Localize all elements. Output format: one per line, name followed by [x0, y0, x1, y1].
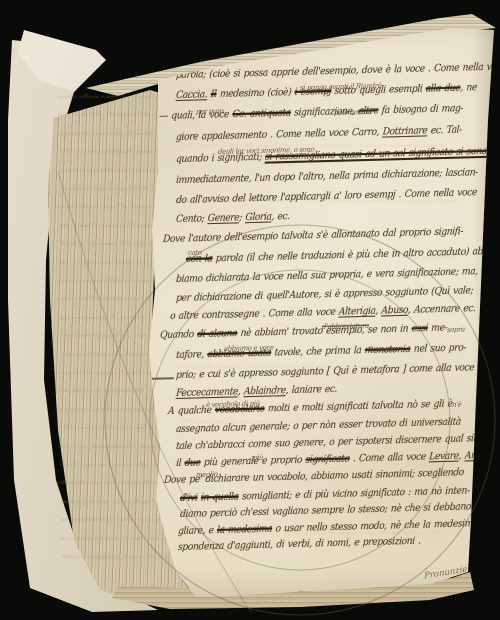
text-segment: due	[184, 457, 201, 468]
text-segment: Quando	[160, 329, 198, 341]
text-segment: , Accennare ec.	[408, 303, 476, 316]
manuscript-line: con la parola (il che nelle traduzioni è…	[186, 246, 486, 265]
text-segment: . Come alla voce	[349, 451, 429, 464]
text-segment: per dichiarazione di quell'Autore, si è …	[176, 285, 474, 304]
text-segment: gliare, e	[178, 525, 218, 537]
manuscript-line: gliare, e la medesima o usar nello stess…	[178, 518, 499, 537]
text-segment: Caccia.	[176, 89, 208, 101]
text-segment: alla due	[425, 83, 460, 95]
interlinear-insertion: sopra	[447, 325, 466, 334]
manuscript-line: tafore, abbiamo usata tavole, che prima …	[176, 342, 467, 361]
text-segment: prio; e cui s'è appresso soggiunto [ Quì…	[176, 362, 475, 381]
text-segment: Gloria	[245, 211, 272, 223]
text-segment: , ec.	[271, 211, 290, 223]
manuscript-line: il due più generale e proprio significat…	[176, 450, 487, 469]
text-segment: in quella	[200, 491, 238, 503]
interlinear-insertion: Dimostra—	[368, 344, 405, 354]
photo-stage: parola; (cioè si possa apprie dell'esemp…	[0, 0, 500, 620]
text-segment: Dottrinare	[382, 125, 428, 137]
text-segment: d'ivi	[180, 493, 198, 504]
manuscript-line: o altre contrassegne . Come alla voce Al…	[170, 303, 476, 322]
manuscript-line: spondenza d'aggiunti, di verbi, di nomi,…	[178, 536, 421, 553]
text-segment: , laniare ec.	[285, 384, 337, 396]
text-segment: molti e molti significati talvolta nò se…	[264, 399, 453, 415]
text-segment: Ablaindre	[244, 385, 287, 397]
manuscript-line: Cento; Genere; Gloria, ec.	[176, 211, 290, 225]
manuscript-line: prio; e cui s'è appresso soggiunto [ Quì…	[176, 362, 475, 381]
text-segment: assegnato alcun generale; o per nòn esse…	[176, 417, 462, 435]
manuscript-line: do all'avviso del lettore l'applicargli …	[176, 187, 478, 206]
text-segment: Anzi	[464, 450, 483, 462]
interlinear-insertion: abbiamo e voce	[224, 343, 275, 353]
text-segment: me-	[427, 322, 447, 334]
text-segment: somiglianti; e di più vicino significato…	[238, 485, 470, 502]
text-segment: o usar nello stesso modo, nè che la mede…	[272, 518, 499, 535]
text-segment: essi	[411, 323, 428, 334]
manuscript-line: tale ch'abbracci come suo genere, o per …	[176, 433, 479, 452]
text-segment: Feccecamente	[176, 386, 239, 399]
text-segment: , ne	[460, 82, 477, 93]
manuscript-line: giore appalesamento . Come nella voce Ca…	[176, 125, 463, 144]
text-segment: la medesima	[217, 524, 273, 536]
manuscript-line: d'ivi in quella somiglianti; e di più vi…	[180, 485, 470, 504]
text-segment: Alterigia	[338, 306, 375, 318]
manuscript-line: assegnato alcun generale; o per nòn esse…	[176, 417, 462, 435]
text-segment: di alcuno	[197, 328, 238, 340]
text-segment: Abuso	[381, 305, 408, 317]
interlinear-insertion: più	[253, 453, 264, 462]
text-segment: fa bisogno di mag-	[378, 103, 464, 116]
interlinear-insertion: cato	[188, 248, 202, 257]
manuscript-line: per dichiarazione di quell'Autore, si è …	[176, 285, 474, 304]
text-segment: .	[483, 450, 486, 461]
text-segment: ec. Tal-	[427, 125, 462, 137]
interlinear-insertion: n'è	[452, 400, 462, 409]
text-segment: Levare	[429, 451, 459, 463]
text-segment: do all'avviso del lettore l'applicargli …	[176, 187, 478, 206]
manuscript-line: diamo perciò ch'essi vagliano sempre lo …	[180, 501, 486, 520]
interlinear-insertion: è vocabolo di più	[206, 399, 261, 409]
text-segment: Co. antiquata	[232, 108, 291, 121]
text-segment: Cento;	[176, 213, 208, 225]
text-segment: nel suo pro-	[410, 342, 466, 354]
interlinear-insertion: per puro	[196, 106, 224, 116]
text-segment: immediatamente, l'un dopo l'altro, nella…	[176, 167, 479, 186]
text-segment: biamo dichiarata la voce nella sua propr…	[176, 266, 479, 285]
text-segment: tafore,	[176, 349, 208, 361]
manuscript-line: Quando di alcuno nè abbiam' trovato esem…	[160, 322, 448, 341]
manuscript-line: Feccecamente, Ablaindre, laniare ec.	[176, 384, 338, 399]
manuscript-line: immediatamente, l'un dopo l'altro, nella…	[176, 167, 479, 186]
manuscript-line: biamo dichiarata la voce nella sua propr…	[176, 266, 479, 285]
text-segment: spondenza d'aggiunti, di verbi, di nomi,…	[178, 536, 421, 553]
text-segment: Dove l'autore dell'esempio talvolta s'è …	[163, 226, 464, 245]
text-segment: giore appalesamento . Come nella voce Ca…	[176, 127, 383, 143]
text-segment: diamo perciò ch'essi vagliano sempre lo …	[180, 501, 486, 520]
manuscript-line: Dove l'autore dell'esempio talvolta s'è …	[163, 226, 464, 245]
text-segment: Genere	[207, 212, 239, 224]
interlinear-insertion: d'abbreviatura	[322, 321, 370, 331]
text-segment: medesimo (cioè)	[216, 87, 295, 100]
text-segment: significato	[305, 453, 350, 465]
interlinear-insertion: meglio	[196, 469, 218, 479]
text-segment: o altre contrassegne . Come alla voce	[170, 307, 340, 322]
interlinear-insertion: potè ancora	[334, 107, 373, 117]
text-segment: parola (il che nelle traduzioni è più ch…	[212, 246, 486, 264]
text-segment: tale ch'abbracci come suo genere, o per …	[176, 433, 479, 452]
text-segment: tavole, che prima la	[271, 345, 365, 358]
